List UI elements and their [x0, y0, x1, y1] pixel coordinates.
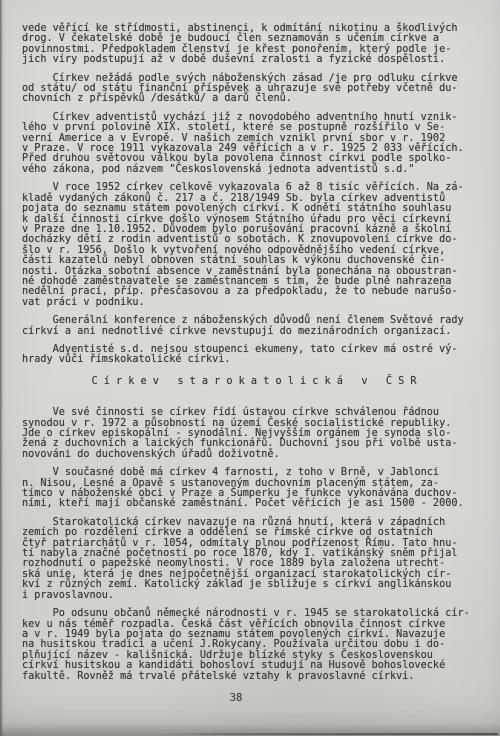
paragraph: Generální konference z náboženských důvo… — [22, 316, 486, 337]
page-number: 38 — [0, 692, 472, 704]
paragraph: Po odsunu občanů německé národnosti v r.… — [22, 609, 486, 682]
paragraph: V roce 1952 církev celkově vykazovala 6 … — [22, 183, 486, 308]
paragraph: Církev adventistů vychází již z novodobé… — [22, 113, 486, 175]
scanned-page: vede věřící ke střídmosti, abstinenci, k… — [0, 0, 500, 736]
page-bottom-edge-line — [160, 733, 498, 735]
page-left-edge-shadow — [0, 0, 4, 736]
section-heading: C í r k e v s t a r o k a t o l i c k á … — [22, 377, 486, 387]
paragraph: Starokatolická církev navazuje na různá … — [22, 518, 486, 601]
paragraph: Ve své činnosti se církev řídí ústavou c… — [22, 408, 486, 460]
paragraph: V současné době má církev 4 farnosti, z … — [22, 468, 486, 510]
text-block: vede věřící ke střídmosti, abstinenci, k… — [22, 24, 486, 690]
paragraph: Církev nežádá podle svých náboženských z… — [22, 74, 486, 105]
paragraph: Adventisté s.d. nejsou stoupenci ekumeny… — [22, 345, 486, 366]
paragraph: vede věřící ke střídmosti, abstinenci, k… — [22, 24, 486, 66]
